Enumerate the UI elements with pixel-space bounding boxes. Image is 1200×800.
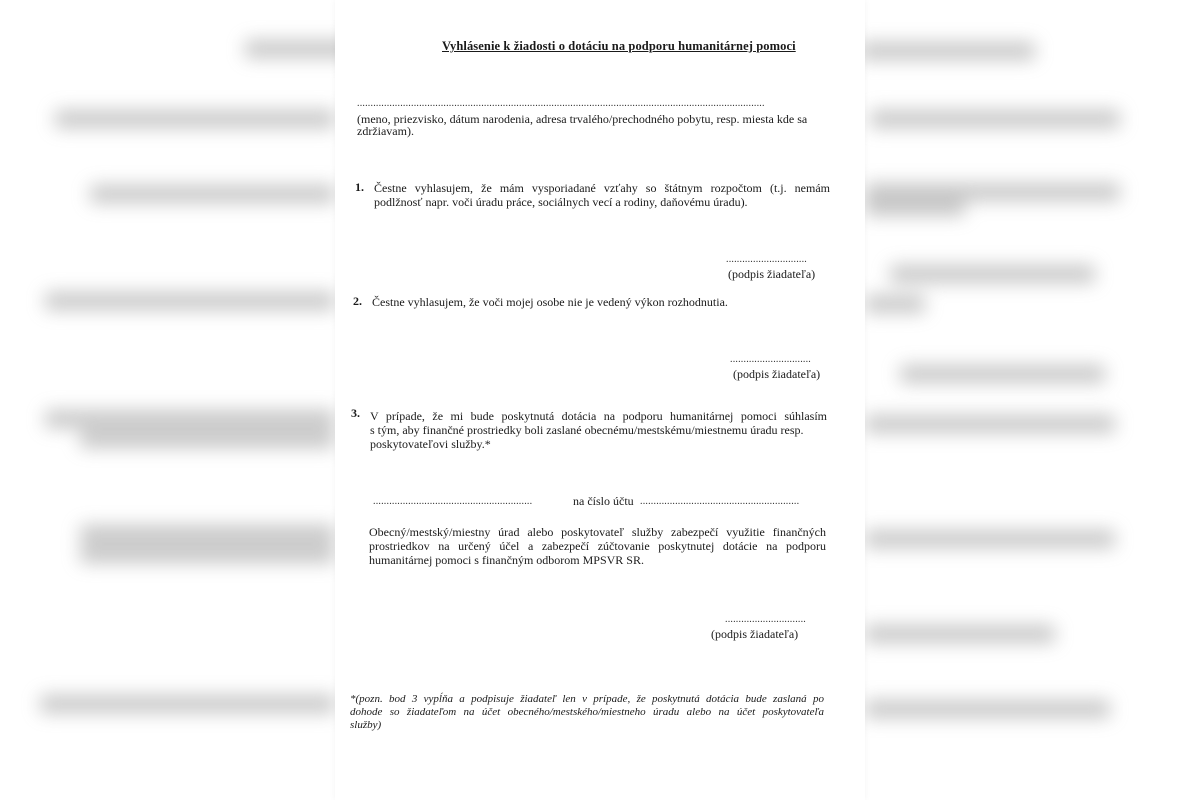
blur-shape xyxy=(80,545,335,563)
blur-shape xyxy=(90,185,335,203)
section-3-signature-label: (podpis žiadateľa) xyxy=(711,627,798,642)
document-page: Vyhlásenie k žiadosti o dotáciu na podpo… xyxy=(335,0,865,800)
blur-shape xyxy=(865,700,1110,718)
section-1-signature-field: .............................. xyxy=(726,254,807,265)
section-3-signature-field: .............................. xyxy=(725,614,806,625)
section-1-line-1: Čestne vyhlasujem, že mám vysporiadané v… xyxy=(374,181,830,195)
blur-shape xyxy=(45,410,335,428)
blur-shape xyxy=(45,292,335,310)
blur-shape xyxy=(860,42,1035,60)
account-number-label: na číslo účtu xyxy=(573,494,634,508)
footnote-line-1: *(pozn. bod 3 vypĺňa a podpisuje žiadate… xyxy=(350,693,824,706)
recipient-field: ........................................… xyxy=(373,496,532,507)
blur-shape xyxy=(890,265,1095,283)
footnote-line-3: služby) xyxy=(350,719,381,732)
section-3-note-line-1: Obecný/mestský/miestny úrad alebo poskyt… xyxy=(369,525,826,539)
section-2-number: 2. xyxy=(353,294,362,309)
section-3-line-3: poskytovateľovi služby.* xyxy=(370,437,491,451)
section-2-line-1: Čestne vyhlasujem, že voči mojej osobe n… xyxy=(372,295,728,309)
section-3-note-line-2: prostriedkov na určený účel a zabezpečí … xyxy=(369,539,826,553)
applicant-caption-line-2: zdržiavam). xyxy=(357,124,414,138)
blur-shape xyxy=(40,695,335,713)
section-3-note-line-3: humanitárnej pomoci s finančným odborom … xyxy=(369,553,644,567)
blur-shape xyxy=(865,295,925,313)
section-1-line-2: podlžnosť napr. voči úradu práce, sociál… xyxy=(374,195,748,209)
blur-shape xyxy=(55,110,335,128)
applicant-info-field: ........................................… xyxy=(357,98,831,109)
blur-shape xyxy=(865,198,965,216)
blur-shape xyxy=(870,110,1120,128)
document-title: Vyhlásenie k žiadosti o dotáciu na podpo… xyxy=(442,39,796,54)
footnote-line-2: dohode so žiadateľom na účet obecného/me… xyxy=(350,706,824,719)
section-3-number: 3. xyxy=(351,406,360,421)
blur-shape xyxy=(80,525,335,543)
section-1-signature-label: (podpis žiadateľa) xyxy=(728,267,815,282)
section-3-line-2: s tým, aby finančné prostriedky boli zas… xyxy=(370,423,804,437)
section-2-signature-label: (podpis žiadateľa) xyxy=(733,367,820,382)
blur-shape xyxy=(900,365,1105,383)
blur-shape xyxy=(80,430,335,448)
blur-shape xyxy=(865,625,1055,643)
account-number-field: ........................................… xyxy=(640,496,799,507)
blur-shape xyxy=(865,415,1115,433)
section-1-number: 1. xyxy=(355,180,364,195)
blur-shape xyxy=(865,530,1115,548)
section-2-signature-field: .............................. xyxy=(730,354,811,365)
section-3-line-1: V prípade, že mi bude poskytnutá dotácia… xyxy=(370,409,827,423)
applicant-caption-line-1: (meno, priezvisko, dátum narodenia, adre… xyxy=(357,112,807,126)
